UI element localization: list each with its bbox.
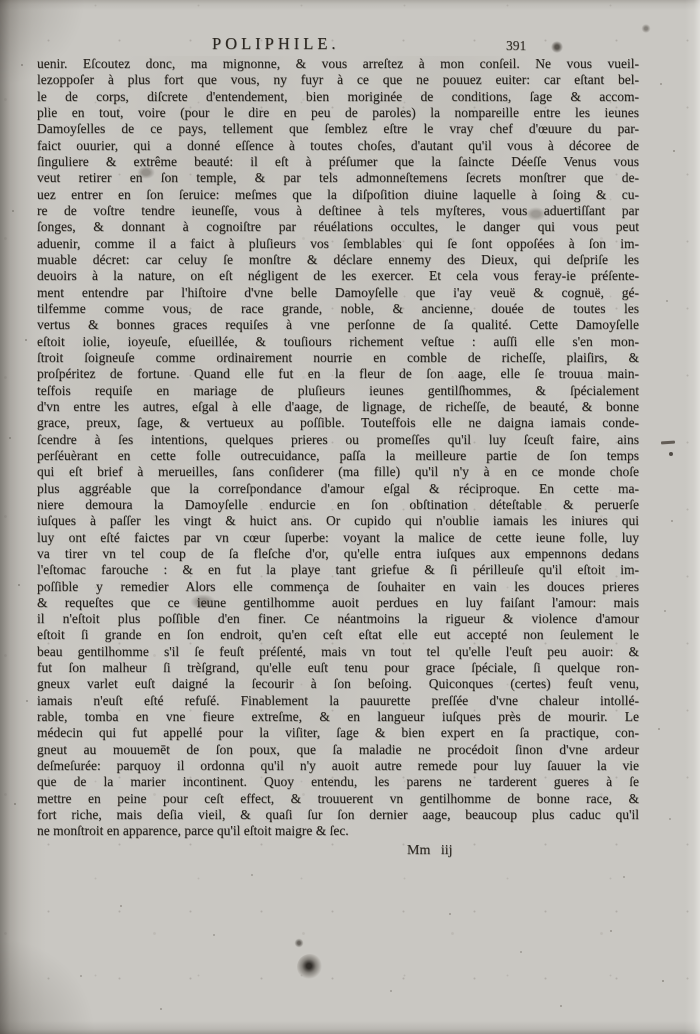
text-line: ne monſtroit en apparence, parce qu'il e… bbox=[37, 823, 639, 839]
text-line: ſonges, & donnant à cognoiſtre par réuél… bbox=[37, 219, 639, 235]
text-line: poſſible y remedier Alors elle commença … bbox=[37, 579, 639, 595]
text-line: tilfemme comme vous, de race grande, nob… bbox=[37, 301, 639, 317]
text-line: il n'eſtoit plus poſſible d'en finer. Ce… bbox=[37, 611, 639, 627]
text-line: beau gentilhomme s'il ſe feuſt préſenté,… bbox=[37, 644, 639, 660]
text-line: que de la marier incontinent. Quoy enten… bbox=[37, 774, 639, 790]
body-text: uenir. Eſcoutez donc, ma mignonne, & vou… bbox=[37, 56, 639, 840]
text-line: veut retirer en ſon temple, & par tels a… bbox=[37, 170, 639, 186]
text-line: aduenir, comme il a faict à pluſieurs vo… bbox=[37, 236, 639, 252]
book-page: POLIPHILE. 391 uenir. Eſcoutez donc, ma … bbox=[0, 0, 700, 1034]
text-line: ſcendre à ſes intentions, quelques prier… bbox=[37, 432, 639, 448]
text-line: ment entendre par l'hiſtoire d'vne belle… bbox=[37, 285, 639, 301]
text-line: perſéuèrant en cette folle outrecuidance… bbox=[37, 448, 639, 464]
text-line: va tirer vn tel coup de ſa fleſche d'or,… bbox=[37, 546, 639, 562]
text-line: gneux varlet euſt daigné la ſecourir à ſ… bbox=[37, 676, 639, 692]
text-line: rable, tomba en vne fieure extreſme, & e… bbox=[37, 709, 639, 725]
text-line: d'vn entre les autres, eſgal à elle d'aa… bbox=[37, 399, 639, 415]
text-line: iuſques à paſſer les vingt & huict ans. … bbox=[37, 513, 639, 529]
text-line: muable décret: car celuy ſe monſtre & dé… bbox=[37, 252, 639, 268]
running-header: POLIPHILE. 391 bbox=[37, 34, 639, 58]
text-line: plus aggréable que la correſpondance d'a… bbox=[37, 481, 639, 497]
margin-mark bbox=[661, 441, 675, 444]
text-line: deuoirs à la nature, on eſt négligent de… bbox=[37, 268, 639, 284]
page-title: POLIPHILE. bbox=[212, 34, 340, 54]
text-line: deſmeſurée: parquoy il ordonna qu'il n'y… bbox=[37, 758, 639, 774]
margin-mark bbox=[669, 452, 673, 456]
text-line: fort riche, mais deſia vieil, & quaſi ſu… bbox=[37, 807, 639, 823]
text-line: re de voſtre tendre ieuneſſe, vous à deſ… bbox=[37, 203, 639, 219]
text-line: ſtroit ſoigneuſe comme ordinairement nou… bbox=[37, 350, 639, 366]
text-line: proſpéritez de fortune. Quand elle fut e… bbox=[37, 366, 639, 382]
text-line: plie en tout, voire (pour le dire en peu… bbox=[37, 105, 639, 121]
text-line: lezoppoſer à plus fort que vous, ny fuyr… bbox=[37, 72, 639, 88]
paper-specks bbox=[0, 0, 2, 2]
text-line: niere demoura la Damoyſelle endurcie en … bbox=[37, 497, 639, 513]
text-line: qui eſt brief à merueilles, ſans conſide… bbox=[37, 464, 639, 480]
text-line: ſinguliere & extrême beauté: il eſt à pr… bbox=[37, 154, 639, 170]
text-line: & requeſtes que ce ieune gentilhomme auo… bbox=[37, 595, 639, 611]
text-line: le de corps, diſcrete d'entendement, bie… bbox=[37, 89, 639, 105]
ink-stain bbox=[294, 938, 304, 948]
text-line: l'eſtomac farouche : & en fut la playe t… bbox=[37, 562, 639, 578]
text-line: fut ſon malheur ſi trèſgrand, qu'elle eu… bbox=[37, 660, 639, 676]
text-line: grace, preux, ſage, & vertueux au poſſib… bbox=[37, 415, 639, 431]
text-line: eſtoit iolie, ioyeuſe, eſueillée, & touſ… bbox=[37, 334, 639, 350]
signature-mark: Mm iij bbox=[407, 843, 453, 859]
text-line: teſfois requiſe en mariage de pluſieurs … bbox=[37, 383, 639, 399]
text-line: uenir. Eſcoutez donc, ma mignonne, & vou… bbox=[37, 56, 639, 72]
ink-stain bbox=[641, 24, 651, 33]
text-line: luy ont eſté faictes par vn cœur ſuperbe… bbox=[37, 530, 639, 546]
ink-stain bbox=[297, 954, 323, 980]
text-line: eſtoit ſi grande en ſon endroit, qu'en c… bbox=[37, 627, 639, 643]
folio-number: 391 bbox=[506, 38, 526, 54]
text-line: Damoyſelles de ce pays, tellement que ſe… bbox=[37, 121, 639, 137]
text-line: vertus & bonnes graces requiſes à vne pe… bbox=[37, 317, 639, 333]
text-line: faict ouurier, qui a donné eſſence à tou… bbox=[37, 138, 639, 154]
text-line: médecin qui fut appellé pour la viſiter,… bbox=[37, 725, 639, 741]
text-line: gneut au mouuemēt de ſon poux, que ſa ma… bbox=[37, 742, 639, 758]
text-line: mettre en peine pour ceſt effect, & trou… bbox=[37, 791, 639, 807]
text-line: iamais n'euſt eſté refuſé. Finablement l… bbox=[37, 693, 639, 709]
text-line: uez entrer en ſon ſeruice: meſmes que la… bbox=[37, 187, 639, 203]
